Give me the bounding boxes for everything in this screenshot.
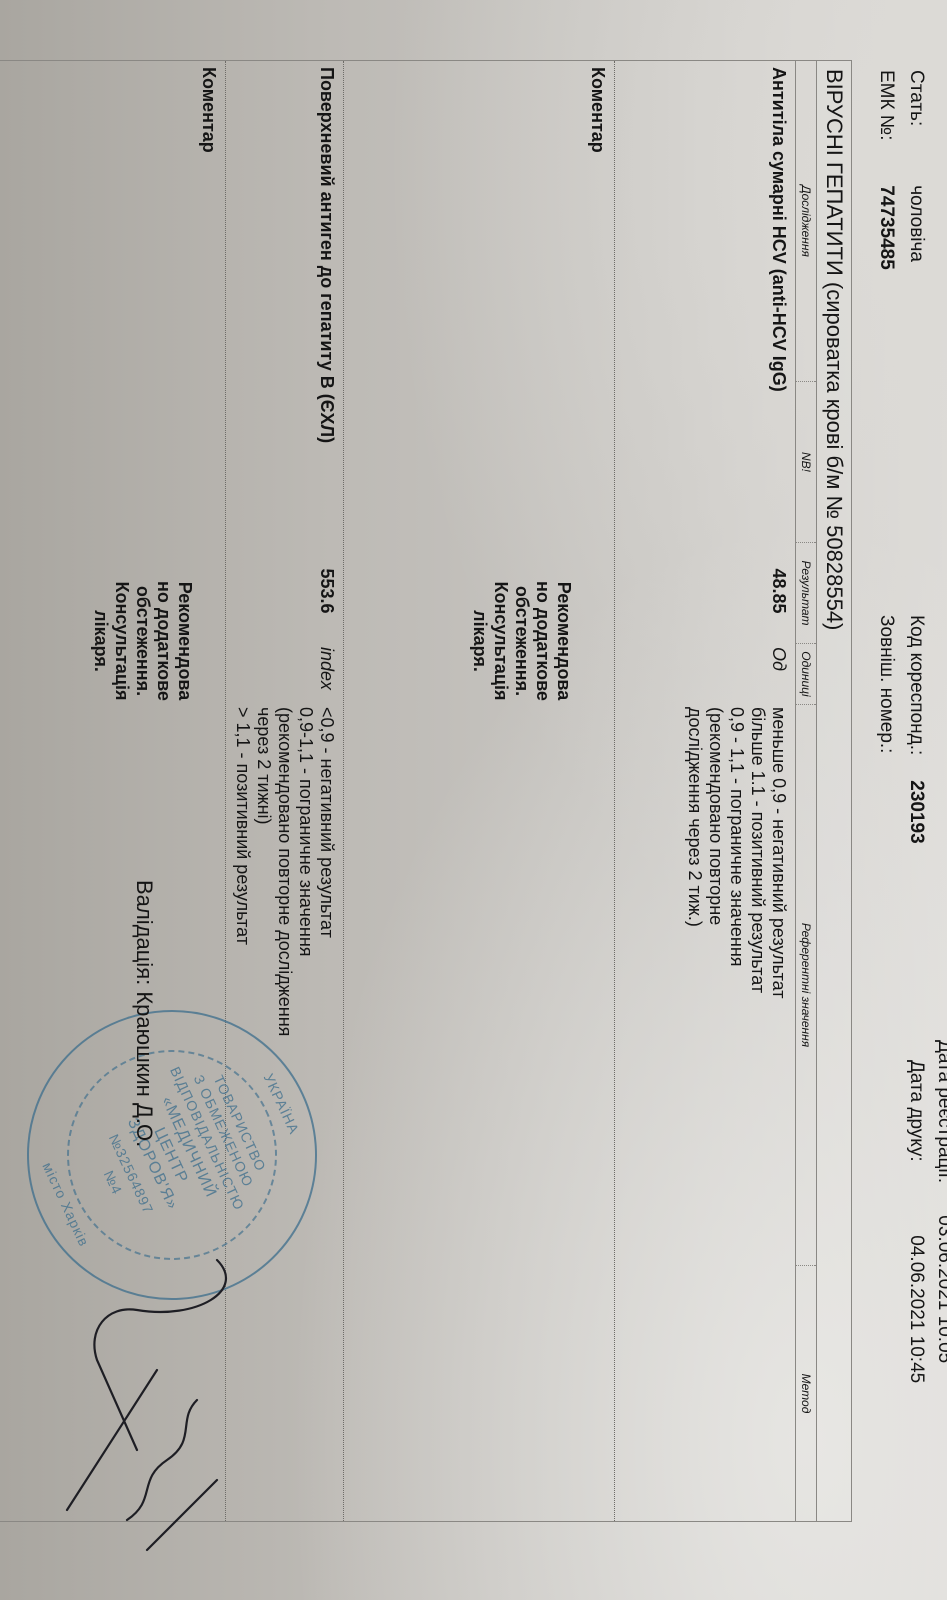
col-nb: NB!	[796, 382, 816, 543]
comment-line: но додаткове	[532, 547, 553, 735]
reference-line: більше 1.1 - позитивний результат	[747, 707, 768, 1255]
comment-line: но додаткове	[153, 547, 174, 735]
emk-field: ЕМК №: 74735485	[875, 70, 897, 270]
registration-date-field: Дата реєстрації: 03.06.2021 10:05	[933, 1040, 947, 1363]
col-reference: Референтні значення	[796, 705, 816, 1266]
comment-line: Рекомендова	[174, 547, 195, 735]
print-date-label: Дата друку:	[905, 1060, 927, 1230]
comment-line: Консультація	[490, 547, 511, 735]
comment-label: Коментар	[344, 61, 614, 541]
test-row: Антитіла сумарні HCV (anti-HCV IgG) 48.8…	[614, 61, 795, 1521]
corresp-code-field: Код кореспонд.: 230193	[905, 615, 927, 844]
comment-text: Рекомендова но додаткове обстеження. Кон…	[344, 541, 614, 741]
comment-text: Рекомендова но додаткове обстеження. Кон…	[0, 541, 225, 741]
comment-line: лікаря.	[469, 547, 490, 735]
sex-field: Стать: чоловіча	[905, 70, 927, 262]
test-unit: Од	[615, 641, 795, 701]
col-result: Результат	[796, 543, 816, 644]
external-number-field: Зовніш. номер.:	[875, 615, 897, 780]
registration-date-value: 03.06.2021 10:05	[933, 1215, 947, 1363]
test-name: Поверхневий антиген до гепатиту В (ЄХЛ)	[226, 61, 343, 541]
emk-label: ЕМК №:	[875, 70, 897, 180]
col-test: Дослідження	[796, 61, 816, 382]
test-reference: меньше 0,9 - негативний результат більше…	[615, 701, 795, 1261]
signature-scribble	[57, 1250, 257, 1580]
validation-line: Валідація: Краюшкин Д.О.	[131, 880, 157, 1147]
print-date-field: Дата друку: 04.06.2021 10:45	[905, 1060, 927, 1383]
comment-line: обстеження.	[132, 547, 153, 735]
test-unit: index	[226, 641, 343, 701]
comment-line: Рекомендова	[553, 547, 574, 735]
comment-label: Коментар	[0, 61, 225, 541]
col-method: Метод	[796, 1266, 816, 1521]
sex-value: чоловіча	[905, 185, 927, 262]
reference-line: меньше 0,9 - негативний результат	[768, 707, 789, 1255]
registration-date-label: Дата реєстрації:	[933, 1040, 947, 1210]
comment-row: Коментар Рекомендова но додаткове обстеж…	[343, 61, 614, 1521]
corresp-code-value: 230193	[905, 780, 927, 843]
section-title: ВІРУСНІ ГЕПАТИТИ (сироватка крові б/м № …	[816, 61, 851, 1521]
reference-line: (рекомендовано повторне	[705, 707, 726, 1255]
test-result: 48.85	[615, 541, 795, 641]
sex-label: Стать:	[905, 70, 927, 180]
reference-line: дослідження через 2 тиж.)	[684, 707, 705, 1255]
reference-line: 0,9 - 1,1 - пограничне значення	[726, 707, 747, 1255]
corresp-code-label: Код кореспонд.:	[905, 615, 927, 775]
comment-line: обстеження.	[511, 547, 532, 735]
external-number-label: Зовніш. номер.:	[875, 615, 897, 775]
comment-line: лікаря.	[90, 547, 111, 735]
patient-info: Стать: чоловіча ЕМК №: 74735485 Код коре…	[847, 0, 927, 1600]
comment-line: Консультація	[111, 547, 132, 735]
test-name: Антитіла сумарні HCV (anti-HCV IgG)	[615, 61, 795, 541]
test-result: 553.6	[226, 541, 343, 641]
column-headers: Дослідження NB! Результат Одиниці Рефере…	[795, 61, 816, 1521]
col-units: Одиниці	[796, 644, 816, 705]
print-date-value: 04.06.2021 10:45	[905, 1235, 927, 1383]
lab-report-sheet: Стать: чоловіча ЕМК №: 74735485 Код коре…	[0, 0, 947, 1600]
emk-value: 74735485	[875, 185, 897, 270]
